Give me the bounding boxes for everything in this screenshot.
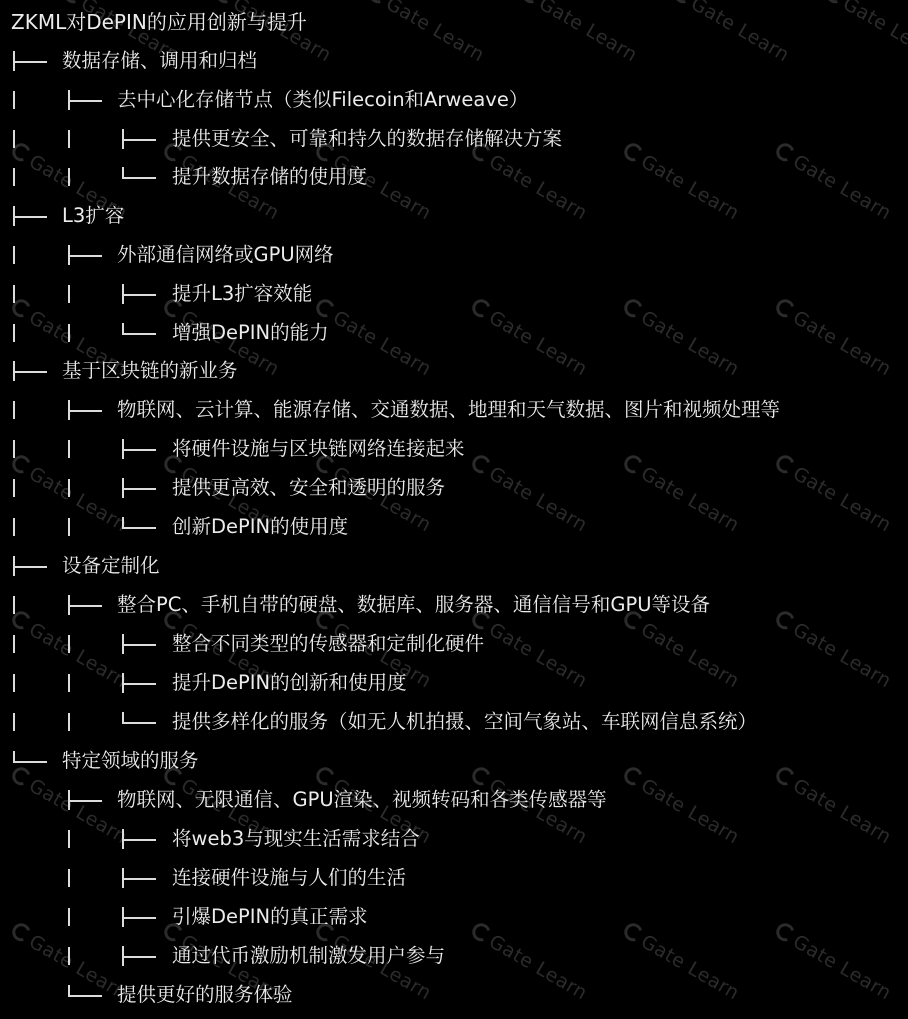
node-label: 提升数据存储的使用度 bbox=[172, 162, 367, 192]
gate-logo-icon bbox=[469, 452, 494, 477]
last-branch-connector bbox=[122, 167, 158, 187]
gate-logo-icon bbox=[621, 296, 646, 321]
guide-line bbox=[68, 830, 70, 848]
branch-connector bbox=[122, 439, 158, 459]
gate-logo-icon bbox=[519, 0, 544, 7]
guide-line bbox=[13, 635, 15, 653]
watermark: Gate Learn bbox=[311, 296, 435, 380]
node-label: 提供多样化的服务（如无人机拍摄、空间气象站、车联网信息系统） bbox=[172, 707, 757, 737]
branch-connector bbox=[68, 245, 104, 265]
branch-connector bbox=[13, 556, 49, 576]
node-label: 提供更高效、安全和透明的服务 bbox=[172, 473, 445, 503]
branch-connector bbox=[122, 673, 158, 693]
branch-connector bbox=[122, 634, 158, 654]
gate-logo-icon bbox=[9, 920, 34, 945]
gate-logo-icon bbox=[773, 764, 798, 789]
guide-line bbox=[68, 440, 70, 458]
tree-root-title: ZKML对DePIN的应用创新与提升 bbox=[11, 7, 307, 37]
branch-connector bbox=[68, 595, 104, 615]
last-branch-connector bbox=[122, 323, 158, 343]
guide-line bbox=[68, 947, 70, 965]
branch-connector bbox=[68, 90, 104, 110]
gate-logo-icon bbox=[773, 920, 798, 945]
watermark: Gate Learn bbox=[619, 140, 743, 224]
branch-connector bbox=[13, 361, 49, 381]
watermark: Gate Learn bbox=[619, 608, 743, 692]
node-label: 将硬件设施与区块链网络连接起来 bbox=[172, 434, 465, 464]
guide-line bbox=[13, 91, 15, 109]
node-label: 物联网、无限通信、GPU渲染、视频转码和各类传感器等 bbox=[117, 785, 607, 815]
node-label: 连接硬件设施与人们的生活 bbox=[172, 863, 406, 893]
watermark: Gate Learn bbox=[619, 920, 743, 1004]
node-label: 设备定制化 bbox=[62, 551, 160, 581]
branch-connector bbox=[122, 946, 158, 966]
guide-line bbox=[13, 674, 15, 692]
guide-line bbox=[13, 713, 15, 731]
branch-connector bbox=[122, 129, 158, 149]
node-label: L3扩容 bbox=[62, 201, 124, 231]
branch-connector bbox=[122, 868, 158, 888]
watermark: Gate Learn bbox=[467, 920, 591, 1004]
branch-connector bbox=[122, 907, 158, 927]
guide-line bbox=[13, 518, 15, 536]
watermark: Gate Learn bbox=[771, 296, 895, 380]
watermark: Gate Learn bbox=[364, 0, 488, 66]
branch-connector bbox=[68, 790, 104, 810]
gate-logo-icon bbox=[773, 452, 798, 477]
watermark: Gate Learn bbox=[619, 764, 743, 848]
gate-logo-icon bbox=[621, 920, 646, 945]
guide-line bbox=[13, 168, 15, 186]
watermark: Gate Learn bbox=[517, 0, 641, 66]
watermark: Gate Learn bbox=[669, 0, 793, 66]
gate-logo-icon bbox=[621, 452, 646, 477]
guide-line bbox=[68, 130, 70, 148]
gate-logo-icon bbox=[773, 296, 798, 321]
gate-logo-icon bbox=[366, 0, 391, 7]
node-label: 特定领域的服务 bbox=[62, 746, 199, 776]
guide-line bbox=[68, 635, 70, 653]
gate-logo-icon bbox=[773, 140, 798, 165]
gate-logo-icon bbox=[621, 764, 646, 789]
guide-line bbox=[68, 518, 70, 536]
node-label: 增强DePIN的能力 bbox=[172, 318, 329, 348]
guide-line bbox=[68, 674, 70, 692]
gate-logo-icon bbox=[823, 0, 848, 7]
guide-line bbox=[13, 401, 15, 419]
gate-logo-icon bbox=[469, 920, 494, 945]
last-branch-connector bbox=[122, 712, 158, 732]
watermark: Gate Learn bbox=[771, 920, 895, 1004]
node-label: 提供更好的服务体验 bbox=[117, 980, 293, 1010]
guide-line bbox=[68, 908, 70, 926]
watermark: Gate Learn bbox=[821, 0, 908, 66]
watermark: Gate Learn bbox=[771, 764, 895, 848]
guide-line bbox=[13, 285, 15, 303]
guide-line bbox=[13, 324, 15, 342]
node-label: 创新DePIN的使用度 bbox=[172, 512, 348, 542]
gate-logo-icon bbox=[469, 296, 494, 321]
gate-logo-icon bbox=[213, 0, 238, 7]
watermark: Gate Learn bbox=[619, 296, 743, 380]
gate-logo-icon bbox=[773, 608, 798, 633]
last-branch-connector bbox=[68, 985, 104, 1005]
node-label: 提供更安全、可靠和持久的数据存储解决方案 bbox=[172, 124, 562, 154]
guide-line bbox=[13, 440, 15, 458]
gate-logo-icon bbox=[313, 296, 338, 321]
watermark: Gate Learn bbox=[771, 452, 895, 536]
gate-logo-icon bbox=[671, 0, 696, 7]
guide-line bbox=[68, 713, 70, 731]
watermark: Gate Learn bbox=[771, 140, 895, 224]
node-label: 将web3与现实生活需求结合 bbox=[172, 824, 420, 854]
node-label: 数据存储、调用和归档 bbox=[62, 46, 257, 76]
guide-line bbox=[13, 130, 15, 148]
node-label: 整合不同类型的传感器和定制化硬件 bbox=[172, 629, 484, 659]
branch-connector bbox=[13, 206, 49, 226]
guide-line bbox=[68, 285, 70, 303]
branch-connector bbox=[13, 51, 49, 71]
guide-line bbox=[68, 479, 70, 497]
node-label: 提升DePIN的创新和使用度 bbox=[172, 668, 407, 698]
branch-connector bbox=[122, 478, 158, 498]
branch-connector bbox=[68, 400, 104, 420]
gate-logo-icon bbox=[621, 140, 646, 165]
node-label: 整合PC、手机自带的硬盘、数据库、服务器、通信信号和GPU等设备 bbox=[117, 590, 710, 620]
guide-line bbox=[13, 246, 15, 264]
last-branch-connector bbox=[122, 517, 158, 537]
watermark: Gate Learn bbox=[771, 608, 895, 692]
guide-line bbox=[13, 479, 15, 497]
watermark: Gate Learn bbox=[467, 452, 591, 536]
branch-connector bbox=[122, 284, 158, 304]
node-label: 去中心化存储节点（类似Filecoin和Arweave） bbox=[117, 85, 528, 115]
guide-line bbox=[68, 168, 70, 186]
guide-line bbox=[68, 869, 70, 887]
node-label: 物联网、云计算、能源存储、交通数据、地理和天气数据、图片和视频处理等 bbox=[117, 395, 780, 425]
gate-logo-icon bbox=[61, 0, 86, 7]
node-label: 外部通信网络或GPU网络 bbox=[117, 240, 334, 270]
node-label: 基于区块链的新业务 bbox=[62, 356, 238, 386]
guide-line bbox=[13, 596, 15, 614]
node-label: 通过代币激励机制激发用户参与 bbox=[172, 941, 445, 971]
node-label: 提升L3扩容效能 bbox=[172, 279, 312, 309]
node-label: 引爆DePIN的真正需求 bbox=[172, 902, 368, 932]
branch-connector bbox=[122, 829, 158, 849]
guide-line bbox=[68, 324, 70, 342]
last-branch-connector bbox=[13, 751, 49, 771]
watermark: Gate Learn bbox=[467, 608, 591, 692]
watermark: Gate Learn bbox=[619, 452, 743, 536]
watermark: Gate Learn bbox=[467, 296, 591, 380]
